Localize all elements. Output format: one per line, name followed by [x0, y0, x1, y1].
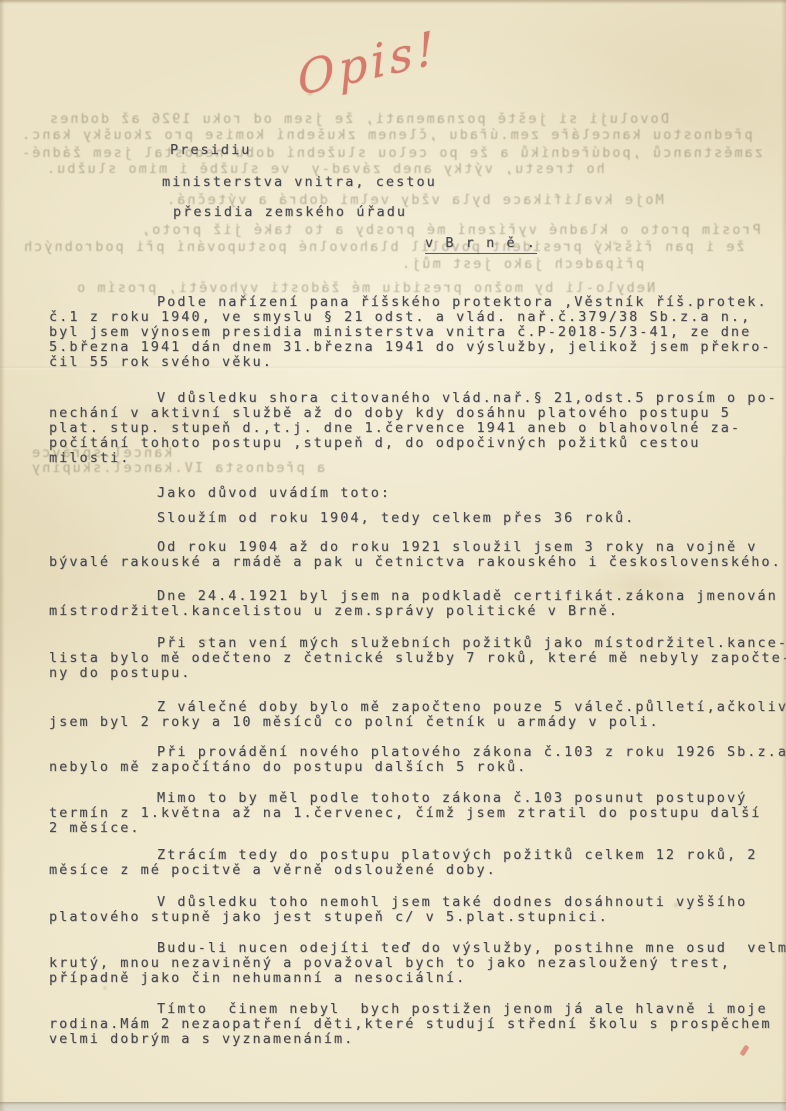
paragraph: Tímto činem nebyl bych postižen jenom já…	[49, 1002, 774, 1047]
text-line: případně jako čin nehumanní a nesociální…	[49, 971, 774, 986]
paragraph: Podle nařízení pana říšského protektora …	[49, 295, 774, 370]
paragraph: Jako důvod uvádím toto:	[49, 486, 774, 501]
paragraph: Při provádění nového platového zákona č.…	[49, 745, 774, 775]
paragraph: Mimo to by měl podle tohoto zákona č.103…	[49, 791, 774, 836]
text-line: bývalé rakouské a rmádě a pak u četnictv…	[49, 555, 774, 570]
text-line: Tímto činem nebyl bych postižen jenom já…	[49, 1002, 774, 1017]
opis-handwritten-stamp: Opis!	[295, 20, 440, 107]
text-line: Od roku 1904 až do roku 1921 sloužil jse…	[49, 540, 774, 555]
text-line: platového stupně jako jest stupeň c/ v 5…	[49, 910, 774, 925]
paragraph: V důsledku toho nemohl jsem také dodnes …	[49, 895, 774, 925]
paragraph: Ztrácím tedy do postupu platových požitk…	[49, 848, 774, 878]
text-line: počítání tohoto postupu ,stupeň d, do od…	[49, 436, 774, 451]
header-line: ministerstva vnitra, cestou	[162, 175, 437, 190]
text-line: lista bylo mě odečteno z četnické služby…	[49, 651, 774, 666]
text-line: rodina.Mám 2 nezaopatření děti,které stu…	[49, 1017, 774, 1032]
text-line: termín z 1.května až na 1.červenec, čímž…	[49, 806, 774, 821]
bleedthrough-line: přednostou kanceláře zem.úřadu ,členem z…	[20, 128, 753, 143]
text-line: čil 55 rok svého věku.	[49, 355, 774, 370]
text-line: Dne 24.4.1921 byl jsem na podkladě certi…	[49, 589, 774, 604]
text-line: V důsledku shora citovaného vlád.nař.§ 2…	[49, 391, 774, 406]
header-line: Presidiu	[170, 143, 251, 158]
text-line: nebylo mě započítáno do postupu dalších …	[49, 760, 774, 775]
text-line: Mimo to by měl podle tohoto zákona č.103…	[49, 791, 774, 806]
text-line: Sloužím od roku 1904, tedy celkem přes 3…	[49, 511, 774, 526]
text-line: č.1 z roku 1940, ve smyslu § 21 odst. a …	[49, 310, 774, 325]
header-line: přesidia zemského úřadu	[173, 205, 407, 220]
text-line: místrodržitel.kancelistou u zem.správy p…	[49, 604, 774, 619]
text-line: měsíce z mé pocitvě a věrně odsloužené d…	[49, 863, 774, 878]
place-line: v B r n ě .	[425, 236, 537, 254]
scan-bottom-edge	[0, 1102, 786, 1111]
text-line: Při provádění nového platového zákona č.…	[49, 745, 774, 760]
text-line: Podle nařízení pana říšského protektora …	[49, 295, 774, 310]
text-line: milosti.	[49, 451, 774, 466]
text-line: velmi dobrým a s vyznamenáním.	[49, 1032, 774, 1047]
bleedthrough-line: případech jako jest můj.	[400, 257, 644, 272]
text-line: nechání v aktivní službě až do doby kdy …	[49, 406, 774, 421]
paragraph: Budu-li nucen odejíti teď do výslužby, p…	[49, 941, 774, 986]
text-line: Z válečné doby bylo mě započteno pouze 5…	[49, 700, 774, 715]
text-line: 2 měsíce.	[49, 821, 774, 836]
bleedthrough-line: Dovoluji si ještě poznamenati, že jsem o…	[48, 112, 669, 127]
text-line: krutý, mnou nezaviněný a považoval bych …	[49, 956, 774, 971]
letter-page: Dovoluji si ještě poznamenati, že jsem o…	[0, 0, 786, 1111]
text-line: ny do postupu.	[49, 666, 774, 681]
paragraph: Při stan vení mých služebních požitků ja…	[49, 636, 774, 681]
text-line: jsem byl 2 roky a 10 měsíců co polní čet…	[49, 715, 774, 730]
text-line: Jako důvod uvádím toto:	[49, 486, 774, 501]
paragraph: Od roku 1904 až do roku 1921 sloužil jse…	[49, 540, 774, 570]
text-line: V důsledku toho nemohl jsem také dodnes …	[49, 895, 774, 910]
paragraph: V důsledku shora citovaného vlád.nař.§ 2…	[49, 391, 774, 466]
paragraph: Dne 24.4.1921 byl jsem na podkladě certi…	[49, 589, 774, 619]
paragraph: Z válečné doby bylo mě započteno pouze 5…	[49, 700, 774, 730]
text-line: Budu-li nucen odejíti teď do výslužby, p…	[49, 941, 774, 956]
bleedthrough-line: zaměstnanců ,podúředníků a že po celou s…	[20, 146, 763, 161]
text-line: Při stan vení mých služebních požitků ja…	[49, 636, 774, 651]
text-line: Ztrácím tedy do postupu platových požitk…	[49, 848, 774, 863]
bleedthrough-line: že i pan říšský president povolil blahov…	[22, 240, 745, 255]
paragraph: Sloužím od roku 1904, tedy celkem přes 3…	[49, 511, 774, 526]
